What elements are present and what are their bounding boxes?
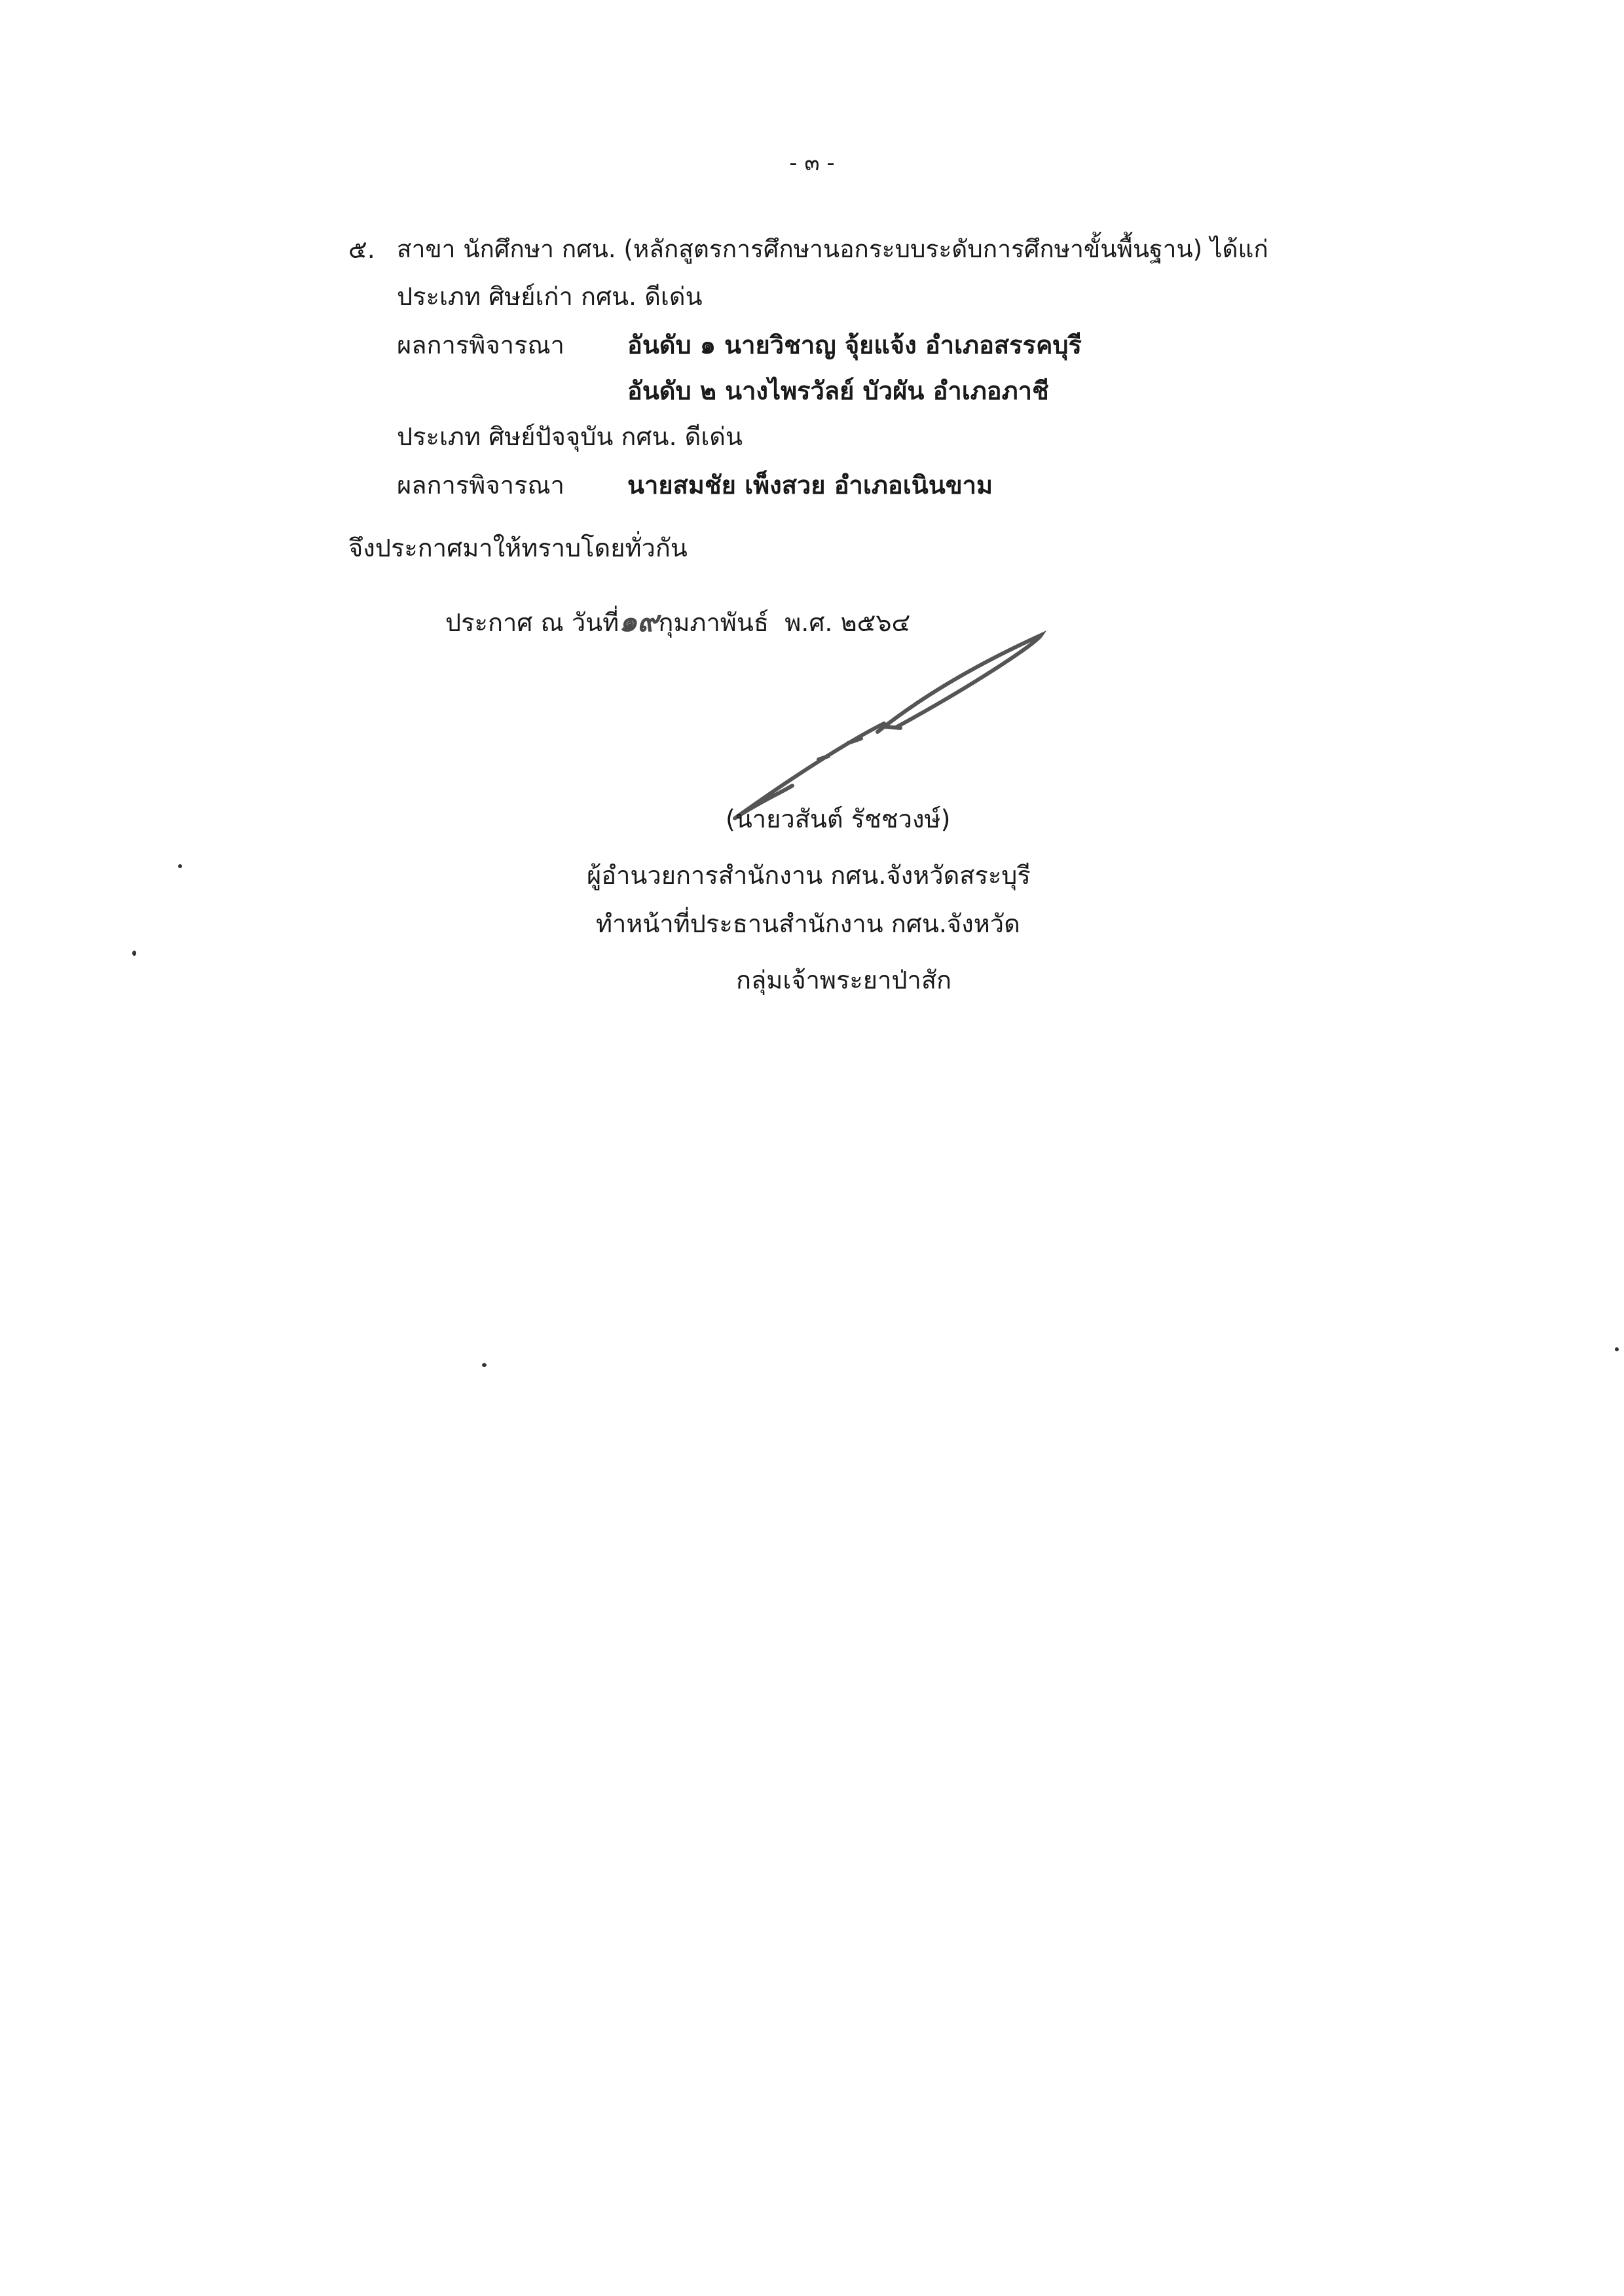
signatory-title-3: กลุ่มเจ้าพระยาป่าสัก: [736, 968, 951, 993]
scan-speck: [178, 864, 182, 868]
date-prefix: ประกาศ ณ วันที่: [445, 608, 619, 637]
page-number: - ๓ -: [0, 152, 1624, 174]
signatory-name: (นายวสันต์ รัชชวงษ์): [726, 807, 950, 831]
result-rank-1: อันดับ ๑ นายวิชาญ จุ้ยแจ้ง อำเภอสรรคบุรี: [627, 333, 1082, 357]
result-rank-2: อันดับ ๒ นางไพรวัลย์ บัวผัน อำเภอภาชี: [627, 378, 1049, 403]
result-label: ผลการพิจารณา: [397, 333, 564, 357]
result-winner: นายสมชัย เพ็งสวย อำเภอเนินขาม: [627, 473, 993, 498]
scan-speck: [482, 1363, 487, 1367]
scan-speck: [1615, 1347, 1619, 1351]
category-type-label: ประเภท ศิษย์เก่า กศน. ดีเด่น: [397, 284, 703, 309]
section-title: สาขา นักศึกษา กศน. (หลักสูตรการศึกษานอกร…: [397, 237, 1268, 261]
category-type-label: ประเภท ศิษย์ปัจจุบัน กศน. ดีเด่น: [397, 424, 743, 449]
closing-statement: จึงประกาศมาให้ทราบโดยทั่วกัน: [348, 536, 688, 560]
section-number: ๕.: [348, 237, 375, 262]
signatory-title-2: ทำหน้าที่ประธานสำนักงาน กศน.จังหวัด: [596, 911, 1020, 936]
date-day-handwritten: ๑๙: [619, 605, 658, 638]
result-label: ผลการพิจารณา: [397, 473, 564, 498]
signatory-title-1: ผู้อำนวยการสำนักงาน กศน.จังหวัดสระบุรี: [587, 863, 1031, 888]
scan-speck: [132, 951, 136, 956]
